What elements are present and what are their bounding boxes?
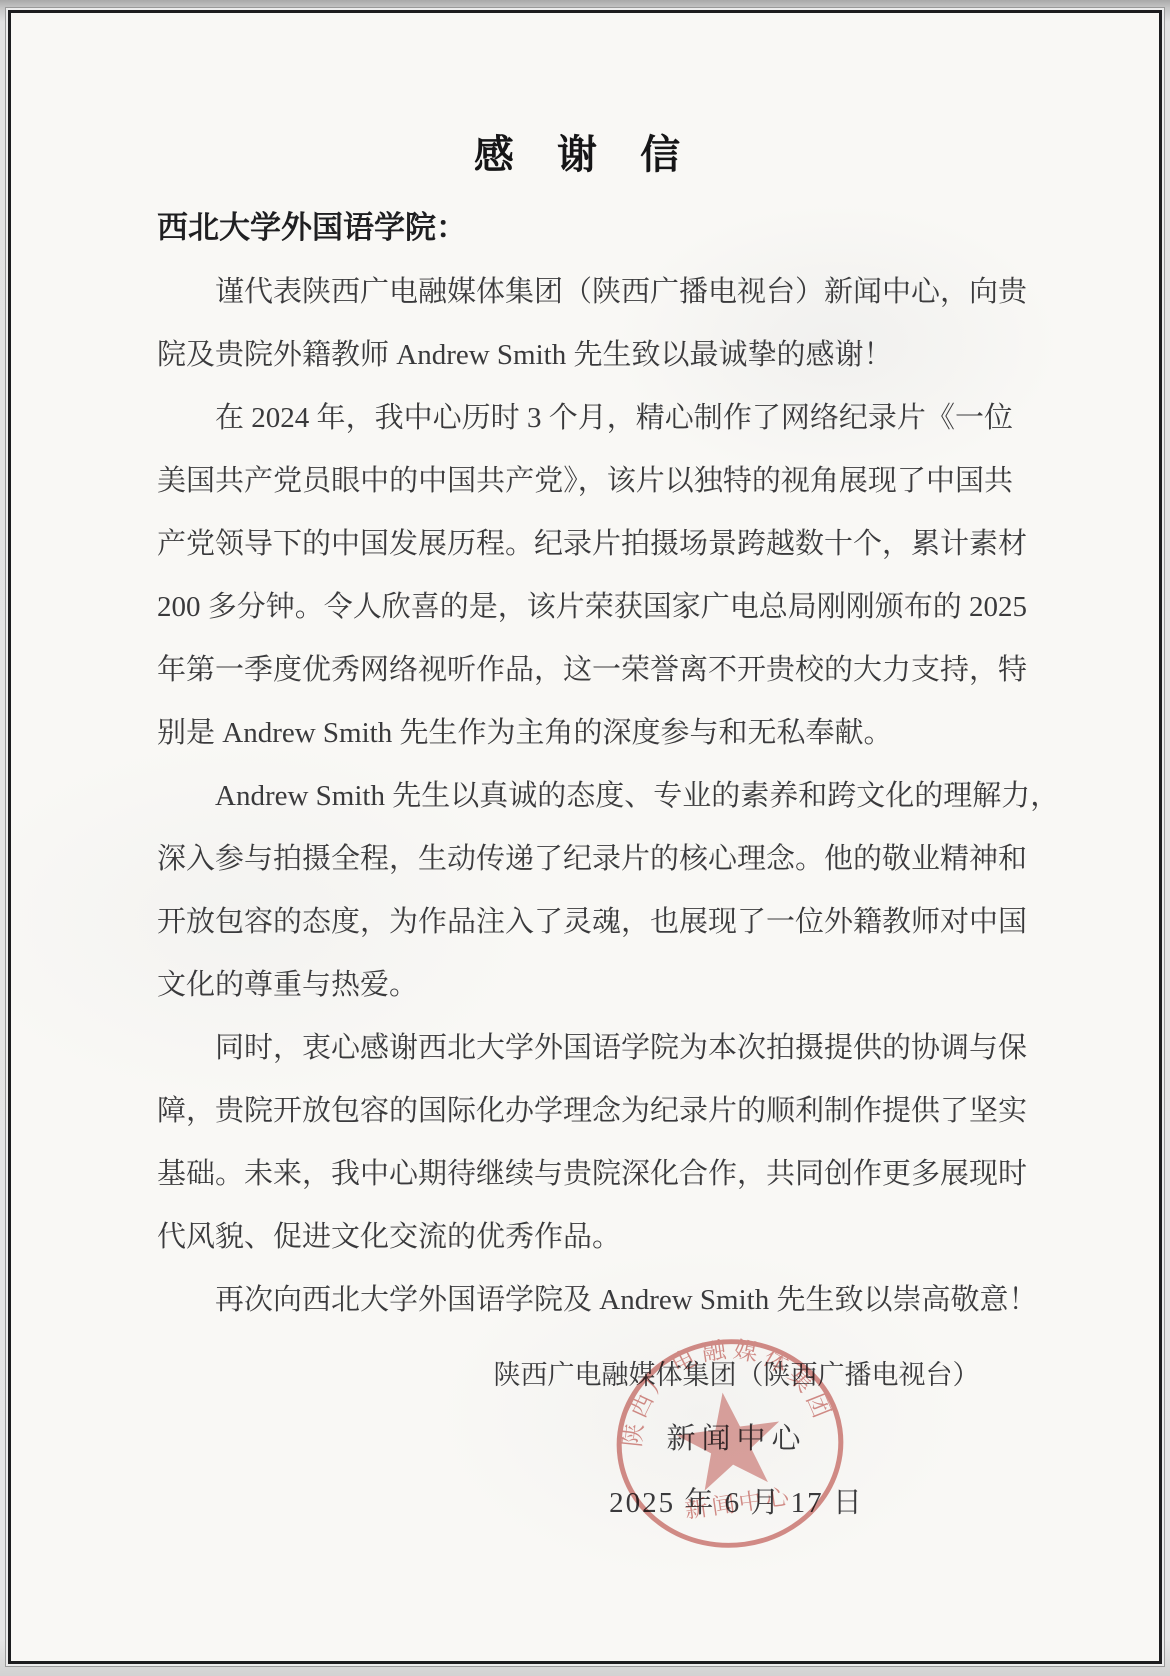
seal-star-icon: [671, 1386, 787, 1494]
letter-body: 谨代表陕西广电融媒体集团（陕西广播电视台）新闻中心，向贵 院及贵院外籍教师 An…: [157, 261, 1013, 1332]
scan-background: 感 谢 信 西北大学外国语学院： 谨代表陕西广电融媒体集团（陕西广播电视台）新闻…: [0, 0, 1170, 1676]
body-line: 基础。未来，我中心期待继续与贵院深化合作，共同创作更多展现时: [157, 1143, 1013, 1206]
seal-inner-text: 新闻中心: [683, 1483, 795, 1523]
official-seal-stamp: 陕西广电融媒体集团 新闻中心: [609, 1335, 851, 1553]
salutation: 西北大学外国语学院：: [157, 207, 467, 249]
body-line: 产党领导下的中国发展历程。纪录片拍摄场景跨越数十个，累计素材: [157, 513, 1013, 576]
body-line: 文化的尊重与热爱。: [157, 954, 1013, 1017]
body-line: 开放包容的态度，为作品注入了灵魂，也展现了一位外籍教师对中国: [157, 891, 1013, 954]
body-line: 谨代表陕西广电融媒体集团（陕西广播电视台）新闻中心，向贵: [157, 261, 1013, 324]
letter-page: 感 谢 信 西北大学外国语学院： 谨代表陕西广电融媒体集团（陕西广播电视台）新闻…: [8, 10, 1162, 1664]
letter-title: 感 谢 信: [11, 131, 1159, 179]
body-line: 代风貌、促进文化交流的优秀作品。: [157, 1206, 1013, 1269]
body-line: 同时，衷心感谢西北大学外国语学院为本次拍摄提供的协调与保: [157, 1017, 1013, 1080]
body-line: 深入参与拍摄全程，生动传递了纪录片的核心理念。他的敬业精神和: [157, 828, 1013, 891]
body-line: 别是 Andrew Smith 先生作为主角的深度参与和无私奉献。: [157, 702, 1013, 765]
body-line: 年第一季度优秀网络视听作品，这一荣誉离不开贵校的大力支持，特: [157, 639, 1013, 702]
body-line: 200 多分钟。令人欣喜的是，该片荣获国家广电总局刚刚颁布的 2025: [157, 576, 1013, 639]
body-line: 在 2024 年，我中心历时 3 个月，精心制作了网络纪录片《一位: [157, 387, 1013, 450]
body-line: 美国共产党员眼中的中国共产党》，该片以独特的视角展现了中国共: [157, 450, 1013, 513]
body-line: 障，贵院开放包容的国际化办学理念为纪录片的顺利制作提供了坚实: [157, 1080, 1013, 1143]
body-line: 院及贵院外籍教师 Andrew Smith 先生致以最诚挚的感谢！: [157, 324, 1013, 387]
body-line: 再次向西北大学外国语学院及 Andrew Smith 先生致以崇高敬意！: [157, 1269, 1013, 1332]
body-line: Andrew Smith 先生以真诚的态度、专业的素养和跨文化的理解力，: [157, 765, 1013, 828]
